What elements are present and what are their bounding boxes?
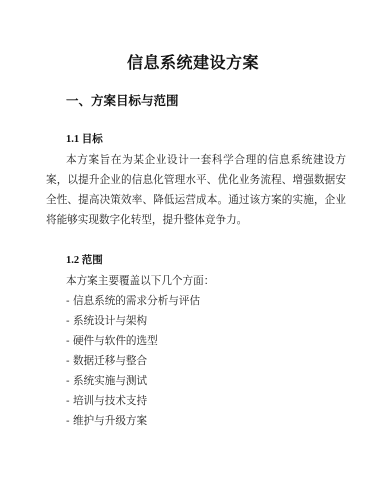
scope-list-item: - 数据迁移与整合 xyxy=(66,351,214,371)
scope-intro: 本方案主要覆盖以下几个方面： xyxy=(66,271,214,291)
document-title: 信息系统建设方案 xyxy=(0,50,386,73)
scope-list-item: - 维护与升级方案 xyxy=(66,411,214,431)
goals-paragraph: 本方案旨在为某企业设计一套科学合理的信息系统建设方案，以提升企业的信息化管理水平… xyxy=(46,150,346,230)
scope-list: 本方案主要覆盖以下几个方面： - 信息系统的需求分析与评估 - 系统设计与架构 … xyxy=(66,271,214,431)
scope-list-item: - 系统实施与测试 xyxy=(66,371,214,391)
subsection-heading-scope: 1.2 范围 xyxy=(66,252,103,267)
scope-list-item: - 系统设计与架构 xyxy=(66,311,214,331)
document-page: 信息系统建设方案 一、方案目标与范围 1.1 目标 本方案旨在为某企业设计一套科… xyxy=(0,0,386,500)
scope-list-item: - 信息系统的需求分析与评估 xyxy=(66,291,214,311)
scope-list-item: - 硬件与软件的选型 xyxy=(66,331,214,351)
subsection-heading-goals: 1.1 目标 xyxy=(66,131,103,146)
scope-list-item: - 培训与技术支持 xyxy=(66,391,214,411)
section-heading-goals-scope: 一、方案目标与范围 xyxy=(66,91,179,109)
